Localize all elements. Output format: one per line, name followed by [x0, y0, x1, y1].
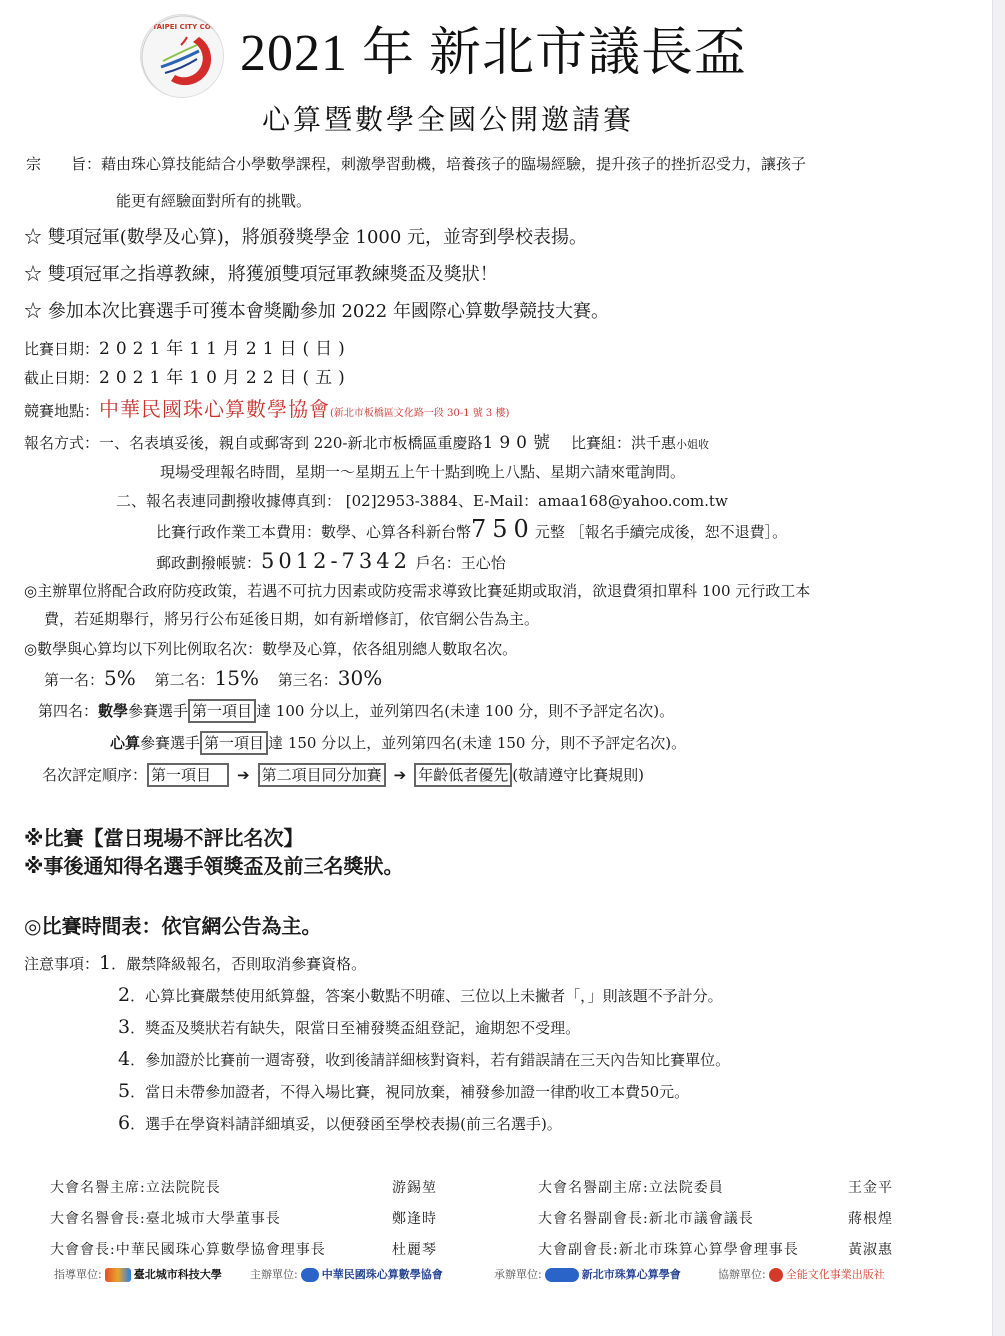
fourth-place-mental: 心算參賽選手第一項目達 150 分以上，並列第四名(未達 150 分，則不予評定…	[110, 731, 686, 755]
purpose-line-2: 能更有經驗面對所有的挑戰。	[116, 190, 311, 212]
page-subtitle: 心算暨數學全國公開邀請賽	[262, 100, 634, 140]
official-name: 王金平	[848, 1178, 893, 1198]
official-title: 大會名譽副會長:新北市議會議長	[538, 1209, 754, 1229]
sponsor-host: 主辦單位:中華民國珠心算數學協會	[250, 1266, 443, 1282]
highlight-item: ☆ 雙項冠軍(數學及心算)，將頒發獎學金 1000 元，並寄到學校表揚。	[24, 225, 587, 251]
highlight-item: ☆ 雙項冠軍之指導教練，將獲頒雙項冠軍教練獎盃及獎狀！	[24, 262, 498, 288]
competition-date: 比賽日期：2021年11月21日(日)	[24, 338, 351, 360]
note-item: 注意事項：1．嚴禁降級報名，否則取消參賽資格。	[24, 952, 366, 975]
star-icon: ☆	[24, 301, 42, 322]
registration-hours: 現場受理報名時間，星期一～星期五上午十點到晚上八點、星期六請來電詢問。	[160, 461, 685, 483]
svg-text:NEW TAIPEI CITY COUNCIL: NEW TAIPEI CITY COUNCIL	[141, 23, 224, 31]
announcement-no-ranking: ※比賽【當日現場不評比名次】	[24, 824, 303, 852]
announcement-awards: ※事後通知得名選手領獎盃及前三名獎狀。	[24, 852, 403, 880]
note-item: 2．心算比賽嚴禁使用紙算盤，答案小數點不明確、三位以上未撇者「，」則該題不予計分…	[118, 984, 723, 1007]
ranking-intro: ◎數學與心算均以下列比例取名次：數學及心算，依各組別總人數取名次。	[24, 638, 517, 660]
registration-fee: 比賽行政作業工本費用：數學、心算各科新台幣750元整 ［報名手續完成後，恕不退費…	[156, 518, 787, 543]
account-number: 5012-7342	[261, 549, 411, 573]
order-step-3: 年齡低者優先	[414, 763, 512, 787]
official-title: 大會名譽副主席:立法院委員	[538, 1178, 724, 1198]
note-item: 3．獎盃及獎狀若有缺失，限當日至補發獎盃組登記，逾期恕不受理。	[118, 1016, 580, 1039]
first-item-box: 第一項目	[200, 731, 268, 755]
official-name: 鄭逢時	[392, 1209, 437, 1229]
venue: 競賽地點：中華民國珠心算數學協會(新北市板橋區文化路一段 30-1 號 3 樓)	[24, 398, 509, 425]
official-name: 黃淑惠	[848, 1240, 893, 1260]
official-title: 大會名譽主席:立法院院長	[50, 1178, 221, 1198]
order-step-1: 第一項目	[147, 763, 229, 787]
document-page: NEW TAIPEI CITY COUNCIL 2021 年 新北市議長盃 心算…	[0, 0, 992, 1336]
note-item: 6．選手在學資料請詳細填妥，以便發函至學校表揚(前三名選手)。	[118, 1112, 562, 1135]
note-item: 5．當日未帶參加證者，不得入場比賽，視同放棄，補發參加證一律酌收工本費50元。	[118, 1080, 689, 1103]
arrow-right-icon: ➔	[237, 766, 250, 784]
purpose-line-1: 宗 旨：藉由珠心算技能結合小學數學課程，刺激學習動機，培養孩子的臨場經驗，提升孩…	[26, 153, 806, 175]
note-item: 4．參加證於比賽前一週寄發，收到後請詳細核對資料，若有錯誤請在三天內告知比賽單位…	[118, 1048, 730, 1071]
house-logo-icon	[769, 1268, 783, 1282]
first-item-box: 第一項目	[188, 699, 256, 723]
ranking-percentages: 第一名：5% 第二名：15% 第三名：30%	[44, 667, 382, 691]
highlight-item: ☆ 參加本次比賽選手可獲本會獎勵參加 2022 年國際心算數學競技大賽。	[24, 299, 609, 325]
fee-amount: 750	[471, 515, 535, 543]
sponsor-guiding: 指導單位:臺北城市科技大學	[54, 1266, 222, 1282]
schedule-notice: ◎比賽時間表：依官網公告為主。	[24, 912, 321, 940]
abacus-logo-icon	[545, 1268, 579, 1282]
globe-logo-icon	[301, 1268, 319, 1282]
official-title: 大會名譽會長:臺北城市大學董事長	[50, 1209, 281, 1229]
purpose-label: 宗 旨：	[26, 155, 101, 173]
registration-method-2: 二、報名表連同劃撥收據傳真到： [02]2953-3884、E-Mail：ama…	[116, 490, 728, 512]
arrow-right-icon: ➔	[394, 766, 407, 784]
official-name: 蔣根煌	[848, 1209, 893, 1229]
official-title: 大會會長:中華民國珠心算數學協會理事長	[50, 1240, 326, 1260]
page-title: 2021 年 新北市議長盃	[240, 22, 747, 86]
venue-name: 中華民國珠心算數學協會	[99, 397, 330, 421]
registration-method-1: 報名方式：一、名表填妥後，親自或郵寄到 220-新北市板橋區重慶路190號 比賽…	[24, 432, 709, 456]
venue-address: (新北市板橋區文化路一段 30-1 號 3 樓)	[330, 408, 509, 419]
council-emblem-icon: NEW TAIPEI CITY COUNCIL	[141, 15, 224, 98]
postal-account: 郵政劃撥帳號：5012-7342 戶名：王心怡	[156, 550, 506, 574]
council-logo: NEW TAIPEI CITY COUNCIL	[140, 14, 224, 98]
official-name: 杜麗琴	[392, 1240, 437, 1260]
ranking-order: 名次評定順序：第一項目➔第二項目同分加賽➔年齡低者優先(敬請遵守比賽規則)	[42, 763, 644, 787]
pandemic-notice-line-2: 費，若延期舉行，將另行公布延後日期，如有新增修訂，依官網公告為主。	[44, 608, 539, 630]
star-icon: ☆	[24, 227, 42, 248]
deadline-date: 截止日期：2021年10月22日(五)	[24, 367, 351, 389]
uct-logo-icon	[105, 1268, 131, 1282]
official-name: 游錫堃	[392, 1178, 437, 1198]
star-icon: ☆	[24, 264, 42, 285]
order-step-2: 第二項目同分加賽	[258, 763, 386, 787]
fourth-place-math: 第四名：數學參賽選手第一項目達 100 分以上，並列第四名(未達 100 分，則…	[38, 699, 674, 723]
pandemic-notice-line-1: ◎主辦單位將配合政府防疫政策，若遇不可抗力因素或防疫需求導致比賽延期或取消，欲退…	[24, 580, 810, 602]
sponsor-organizer: 承辦單位:新北市珠算心算學會	[494, 1266, 681, 1282]
sponsor-co-organizer: 協辦單位:全能文化事業出版社	[718, 1266, 885, 1282]
vertical-scrollbar[interactable]	[992, 0, 1005, 1336]
official-title: 大會副會長:新北市珠算心算學會理事長	[538, 1240, 799, 1260]
